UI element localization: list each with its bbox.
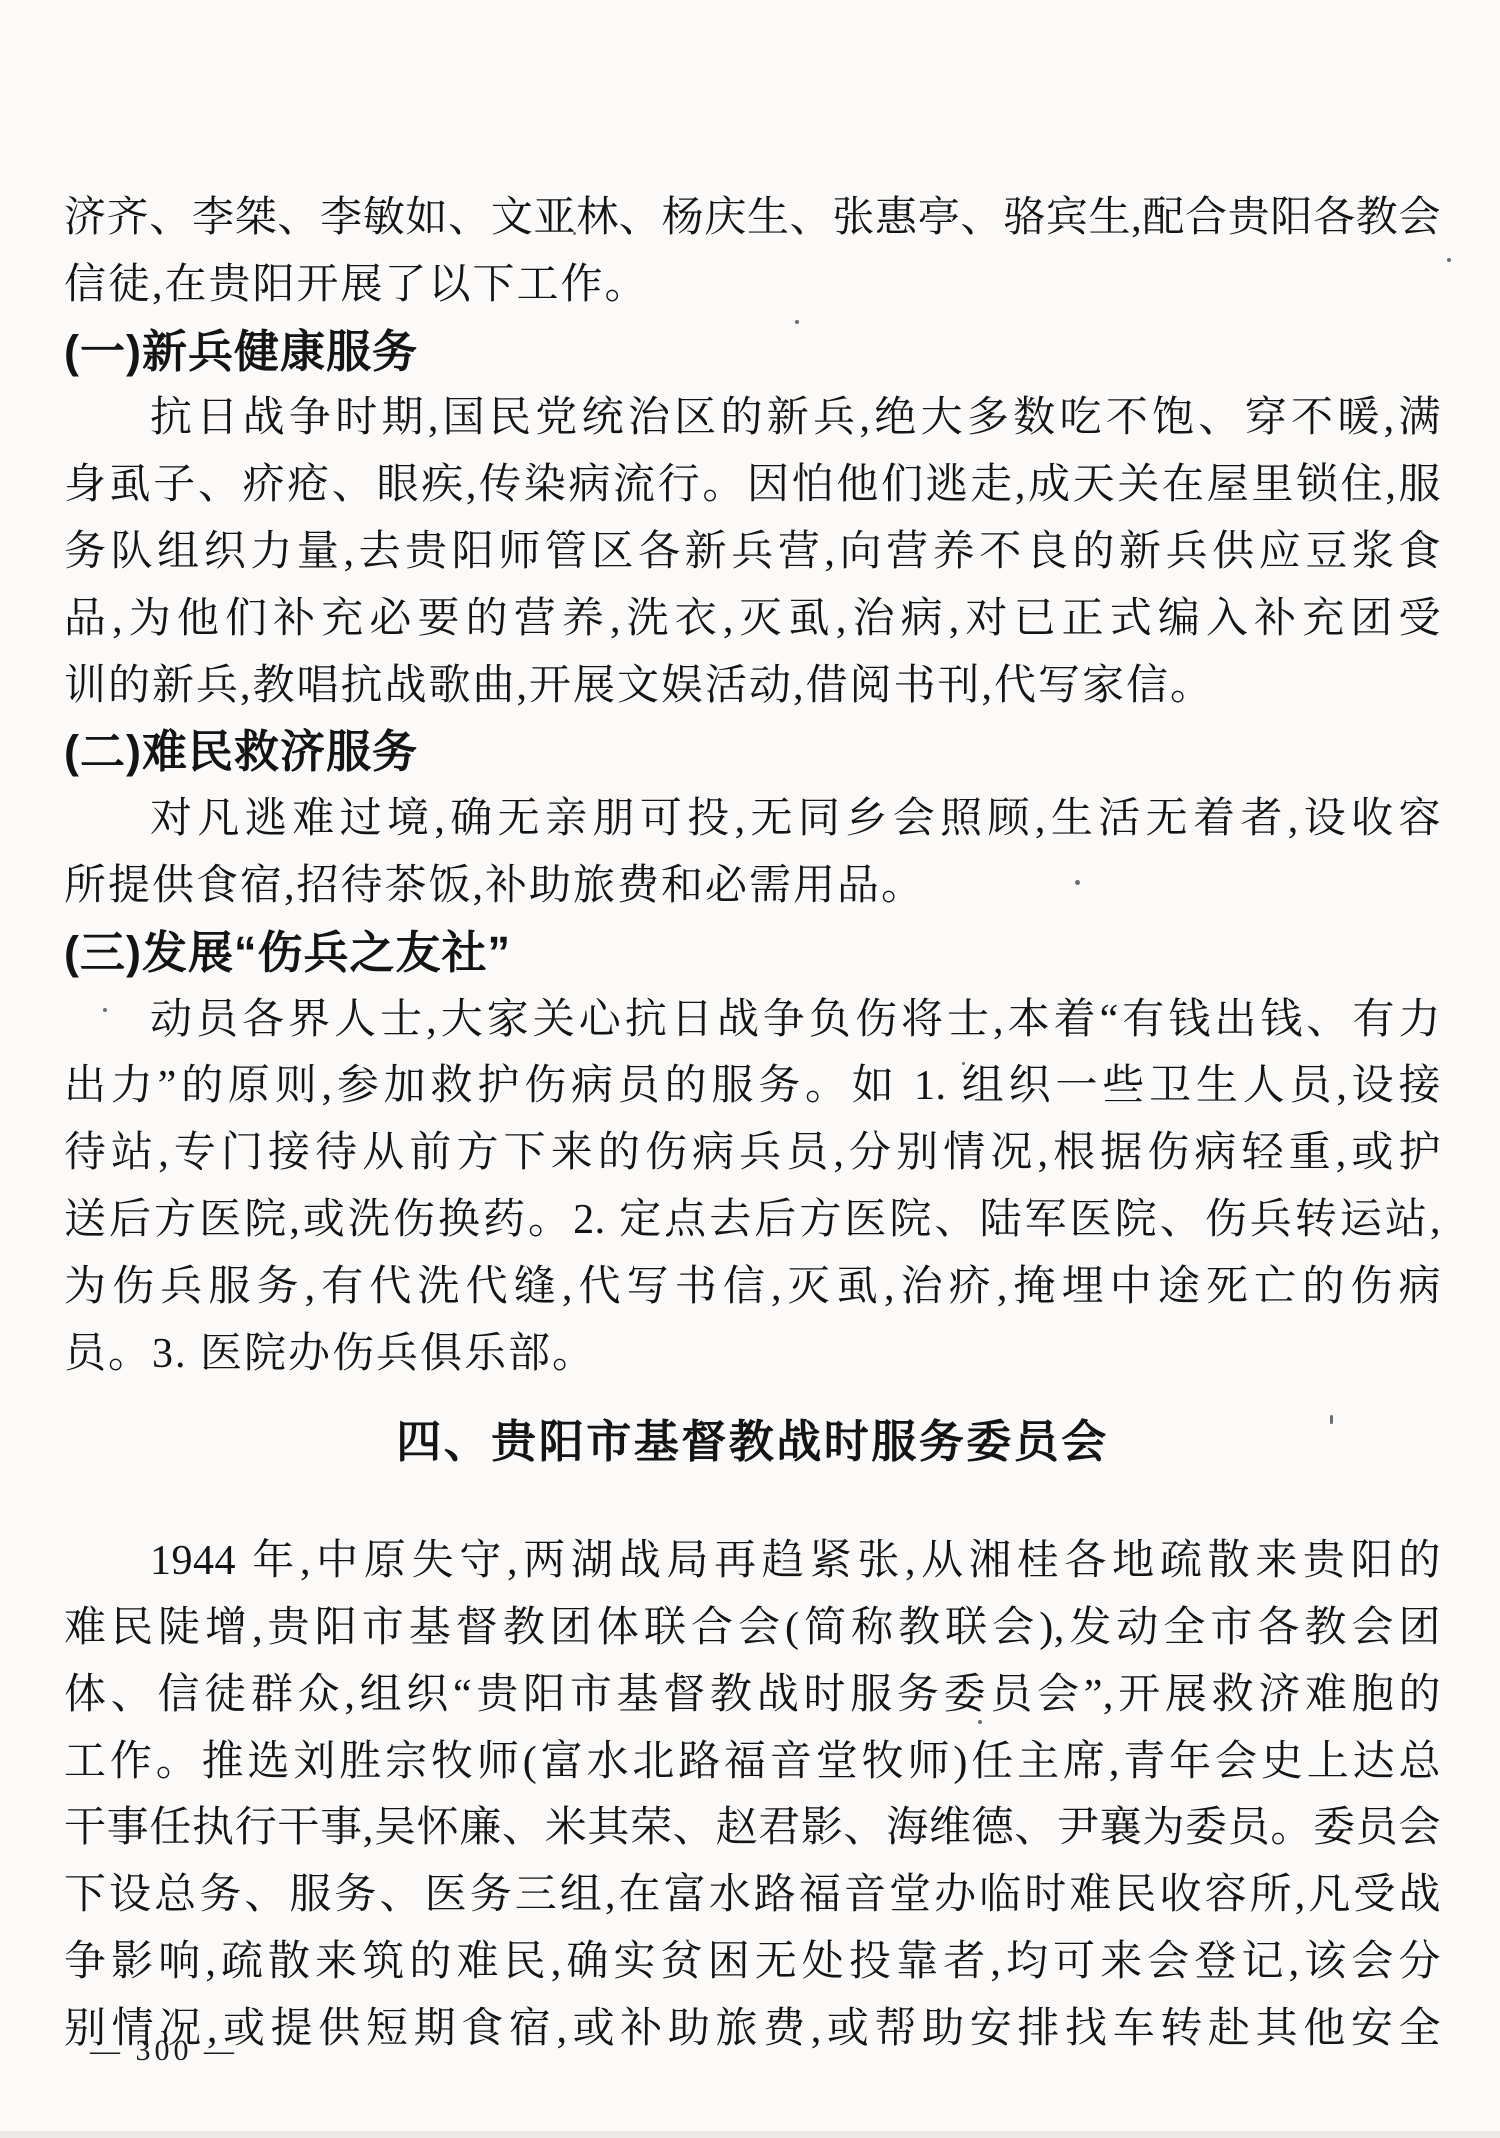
text-line: 工作。推选刘胜宗牧师(富水北路福音堂牧师)任主席,青年会史上达总: [64, 1729, 1441, 1796]
page-number: — 300 —: [90, 2034, 238, 2068]
text-line: 干事任执行干事,吴怀廉、米其荣、赵君影、海维德、尹襄为委员。委员会: [64, 1795, 1441, 1862]
text-line: 别情况,或提供短期食宿,或补助旅费,或帮助安排找车转赴其他安全: [64, 1996, 1441, 2063]
text-line: 务队组织力量,去贵阳师管区各新兵营,向营养不良的新兵供应豆浆食: [64, 519, 1441, 586]
scan-speck: [573, 232, 576, 235]
text-line: 动员各界人士,大家关心抗日战争负伤将士,本着“有钱出钱、有力: [64, 987, 1441, 1054]
text-line: 1944 年,中原失守,两湖战局再趋紧张,从湘桂各地疏散来贵阳的: [64, 1528, 1441, 1595]
text-line: 所提供食宿,招待茶饭,补助旅费和必需用品。: [64, 853, 1441, 920]
section-heading-1: (一)新兵健康服务: [64, 319, 1441, 386]
text-line: 争影响,疏散来筑的难民,确实贫困无处投靠者,均可来会登记,该会分: [64, 1929, 1441, 1996]
scan-speck: [795, 320, 799, 324]
section-heading-3: (三)发展“伤兵之友社”: [64, 920, 1441, 987]
text-line: 送后方医院,或洗伤换药。2. 定点去后方医院、陆军医院、伤兵转运站,: [64, 1187, 1441, 1254]
text-line: 身虱子、疥疮、眼疾,传染病流行。因怕他们逃走,成天关在屋里锁住,服: [64, 452, 1441, 519]
text-line: 待站,专门接待从前方下来的伤病兵员,分别情况,根据伤病轻重,或护: [64, 1120, 1441, 1187]
text-line: 下设总务、服务、医务三组,在富水路福音堂办临时难民收容所,凡受战: [64, 1862, 1441, 1929]
text-line: 体、信徒群众,组织“贵阳市基督教战时服务委员会”,开展救济难胞的: [64, 1662, 1441, 1729]
scan-speck: [962, 1062, 965, 1065]
scan-speck: [1447, 258, 1451, 262]
text-line: 难民陡增,贵阳市基督教团体联合会(简称教联会),发动全市各教会团: [64, 1595, 1441, 1662]
section-heading-2: (二)难民救济服务: [64, 719, 1441, 786]
text-line: 品,为他们补充必要的营养,洗衣,灭虱,治病,对已正式编入补充团受: [64, 586, 1441, 653]
text-line: 对凡逃难过境,确无亲朋可投,无同乡会照顾,生活无着者,设收容: [64, 786, 1441, 853]
scan-speck: [103, 1008, 107, 1012]
scan-speck: [1330, 1415, 1333, 1424]
text-line: 济齐、李桀、李敏如、文亚林、杨庆生、张惠亭、骆宾生,配合贵阳各教会: [64, 185, 1441, 252]
text-line: 训的新兵,教唱抗战歌曲,开展文娱活动,借阅书刊,代写家信。: [64, 653, 1441, 720]
chapter-heading: 四、贵阳市基督教战时服务委员会: [64, 1409, 1441, 1476]
scan-speck: [978, 1720, 982, 1724]
scanned-page: 济齐、李桀、李敏如、文亚林、杨庆生、张惠亭、骆宾生,配合贵阳各教会 信徒,在贵阳…: [0, 0, 1500, 2138]
text-line: 出力”的原则,参加救护伤病员的服务。如 1. 组织一些卫生人员,设接: [64, 1053, 1441, 1120]
scan-edge-shadow: [0, 2131, 1500, 2138]
text-line: 为伤兵服务,有代洗代缝,代写书信,灭虱,治疥,掩埋中途死亡的伤病: [64, 1254, 1441, 1321]
scan-speck: [1075, 880, 1080, 885]
page-body: 济齐、李桀、李敏如、文亚林、杨庆生、张惠亭、骆宾生,配合贵阳各教会 信徒,在贵阳…: [64, 185, 1441, 2063]
text-line: 抗日战争时期,国民党统治区的新兵,绝大多数吃不饱、穿不暖,满: [64, 385, 1441, 452]
text-line: 员。3. 医院办伤兵俱乐部。: [64, 1321, 1441, 1388]
text-line: 信徒,在贵阳开展了以下工作。: [64, 252, 1441, 319]
